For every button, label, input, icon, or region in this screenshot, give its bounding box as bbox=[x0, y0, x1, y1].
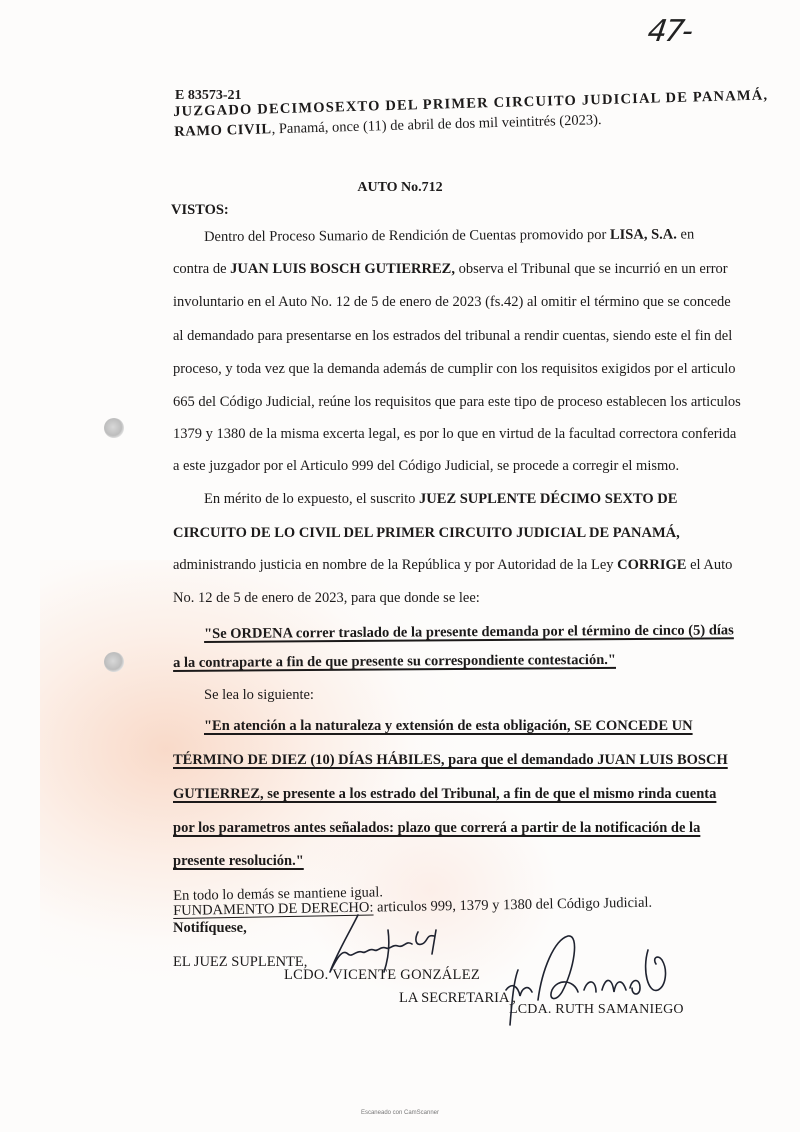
text-line: "En atención a la naturaleza y extensión… bbox=[204, 718, 660, 735]
secretary-signature-icon bbox=[498, 930, 698, 1030]
text-line: 1379 y 1380 de la misma excerta legal, e… bbox=[173, 426, 660, 443]
se-lea-label: Se lea lo siguiente: bbox=[204, 687, 660, 704]
text-segment: CORRIGE bbox=[617, 557, 686, 573]
text-segment: TÉRMINO DE DIEZ (10) DÍAS HÁBILES, para … bbox=[173, 752, 728, 768]
punch-hole bbox=[104, 418, 124, 438]
text-line: 665 del Código Judicial, reúne los requi… bbox=[173, 394, 660, 411]
judge-signature-icon bbox=[318, 910, 468, 980]
text-line: Dentro del Proceso Sumario de Rendición … bbox=[204, 227, 660, 246]
text-segment: "En atención a la naturaleza y extensión… bbox=[204, 718, 693, 734]
text-segment: contra de bbox=[173, 261, 230, 277]
text-line: al demandado para presentarse en los est… bbox=[173, 328, 660, 345]
text-line: No. 12 de 5 de enero de 2023, para que d… bbox=[173, 590, 660, 607]
text-line: GUTIERREZ, se presente a los estrado del… bbox=[173, 786, 660, 803]
text-segment: involuntario en el Auto No. 12 de 5 de e… bbox=[173, 294, 731, 310]
text-segment: CIRCUITO DE LO CIVIL DEL PRIMER CIRCUITO… bbox=[173, 525, 680, 541]
text-segment: presente resolución." bbox=[173, 853, 304, 869]
scanner-footer: Escaneado con CamScanner bbox=[0, 1110, 800, 1116]
text-line: proceso, y toda vez que la demanda ademá… bbox=[173, 361, 660, 378]
text-line: a la contraparte a fin de que presente s… bbox=[173, 652, 660, 672]
text-line: presente resolución." bbox=[173, 853, 660, 870]
text-line: contra de JUAN LUIS BOSCH GUTIERREZ, obs… bbox=[173, 261, 660, 278]
text-line: En mérito de lo expuesto, el suscrito JU… bbox=[204, 491, 660, 508]
text-segment: el Auto bbox=[686, 557, 732, 573]
text-segment: No. 12 de 5 de enero de 2023, para que d… bbox=[173, 590, 480, 606]
notifiquese: Notifíquese, bbox=[173, 920, 247, 937]
text-segment: 665 del Código Judicial, reúne los requi… bbox=[173, 394, 741, 410]
text-segment: a la contraparte a fin de que presente s… bbox=[173, 652, 616, 671]
text-line: a este juzgador por el Articulo 999 del … bbox=[173, 458, 660, 475]
auto-title: AUTO No.712 bbox=[0, 180, 800, 196]
text-line: "Se ORDENA correr traslado de la present… bbox=[204, 623, 660, 643]
text-line: TÉRMINO DE DIEZ (10) DÍAS HÁBILES, para … bbox=[173, 752, 660, 769]
text-segment: a este juzgador por el Articulo 999 del … bbox=[173, 458, 679, 474]
text-segment: Dentro del Proceso Sumario de Rendición … bbox=[204, 227, 610, 245]
text-segment: por los parametros antes señalados: plaz… bbox=[173, 820, 700, 836]
court-branch: RAMO CIVIL bbox=[174, 121, 272, 140]
text-segment: JUEZ SUPLENTE DÉCIMO SEXTO DE bbox=[419, 491, 677, 507]
punch-hole bbox=[104, 652, 124, 672]
text-line: involuntario en el Auto No. 12 de 5 de e… bbox=[173, 294, 660, 311]
text-segment: JUAN LUIS BOSCH GUTIERREZ, bbox=[230, 261, 455, 277]
text-segment: GUTIERREZ, se presente a los estrado del… bbox=[173, 786, 716, 802]
text-segment: en bbox=[677, 226, 694, 242]
text-segment: LISA, S.A. bbox=[610, 227, 677, 243]
text-segment: proceso, y toda vez que la demanda ademá… bbox=[173, 361, 736, 377]
text-line: por los parametros antes señalados: plaz… bbox=[173, 820, 660, 837]
text-line: CIRCUITO DE LO CIVIL DEL PRIMER CIRCUITO… bbox=[173, 525, 660, 542]
text-segment: administrando justicia en nombre de la R… bbox=[173, 557, 617, 573]
text-segment: al demandado para presentarse en los est… bbox=[173, 328, 732, 344]
text-segment: "Se ORDENA correr traslado de la present… bbox=[204, 622, 734, 642]
text-segment: En mérito de lo expuesto, el suscrito bbox=[204, 491, 419, 507]
folio-number: 47- bbox=[646, 14, 694, 49]
text-segment: 1379 y 1380 de la misma excerta legal, e… bbox=[173, 426, 736, 442]
vistos-heading: VISTOS: bbox=[171, 202, 229, 219]
text-line: administrando justicia en nombre de la R… bbox=[173, 557, 660, 574]
text-segment: observa el Tribunal que se incurrió en u… bbox=[455, 261, 728, 277]
